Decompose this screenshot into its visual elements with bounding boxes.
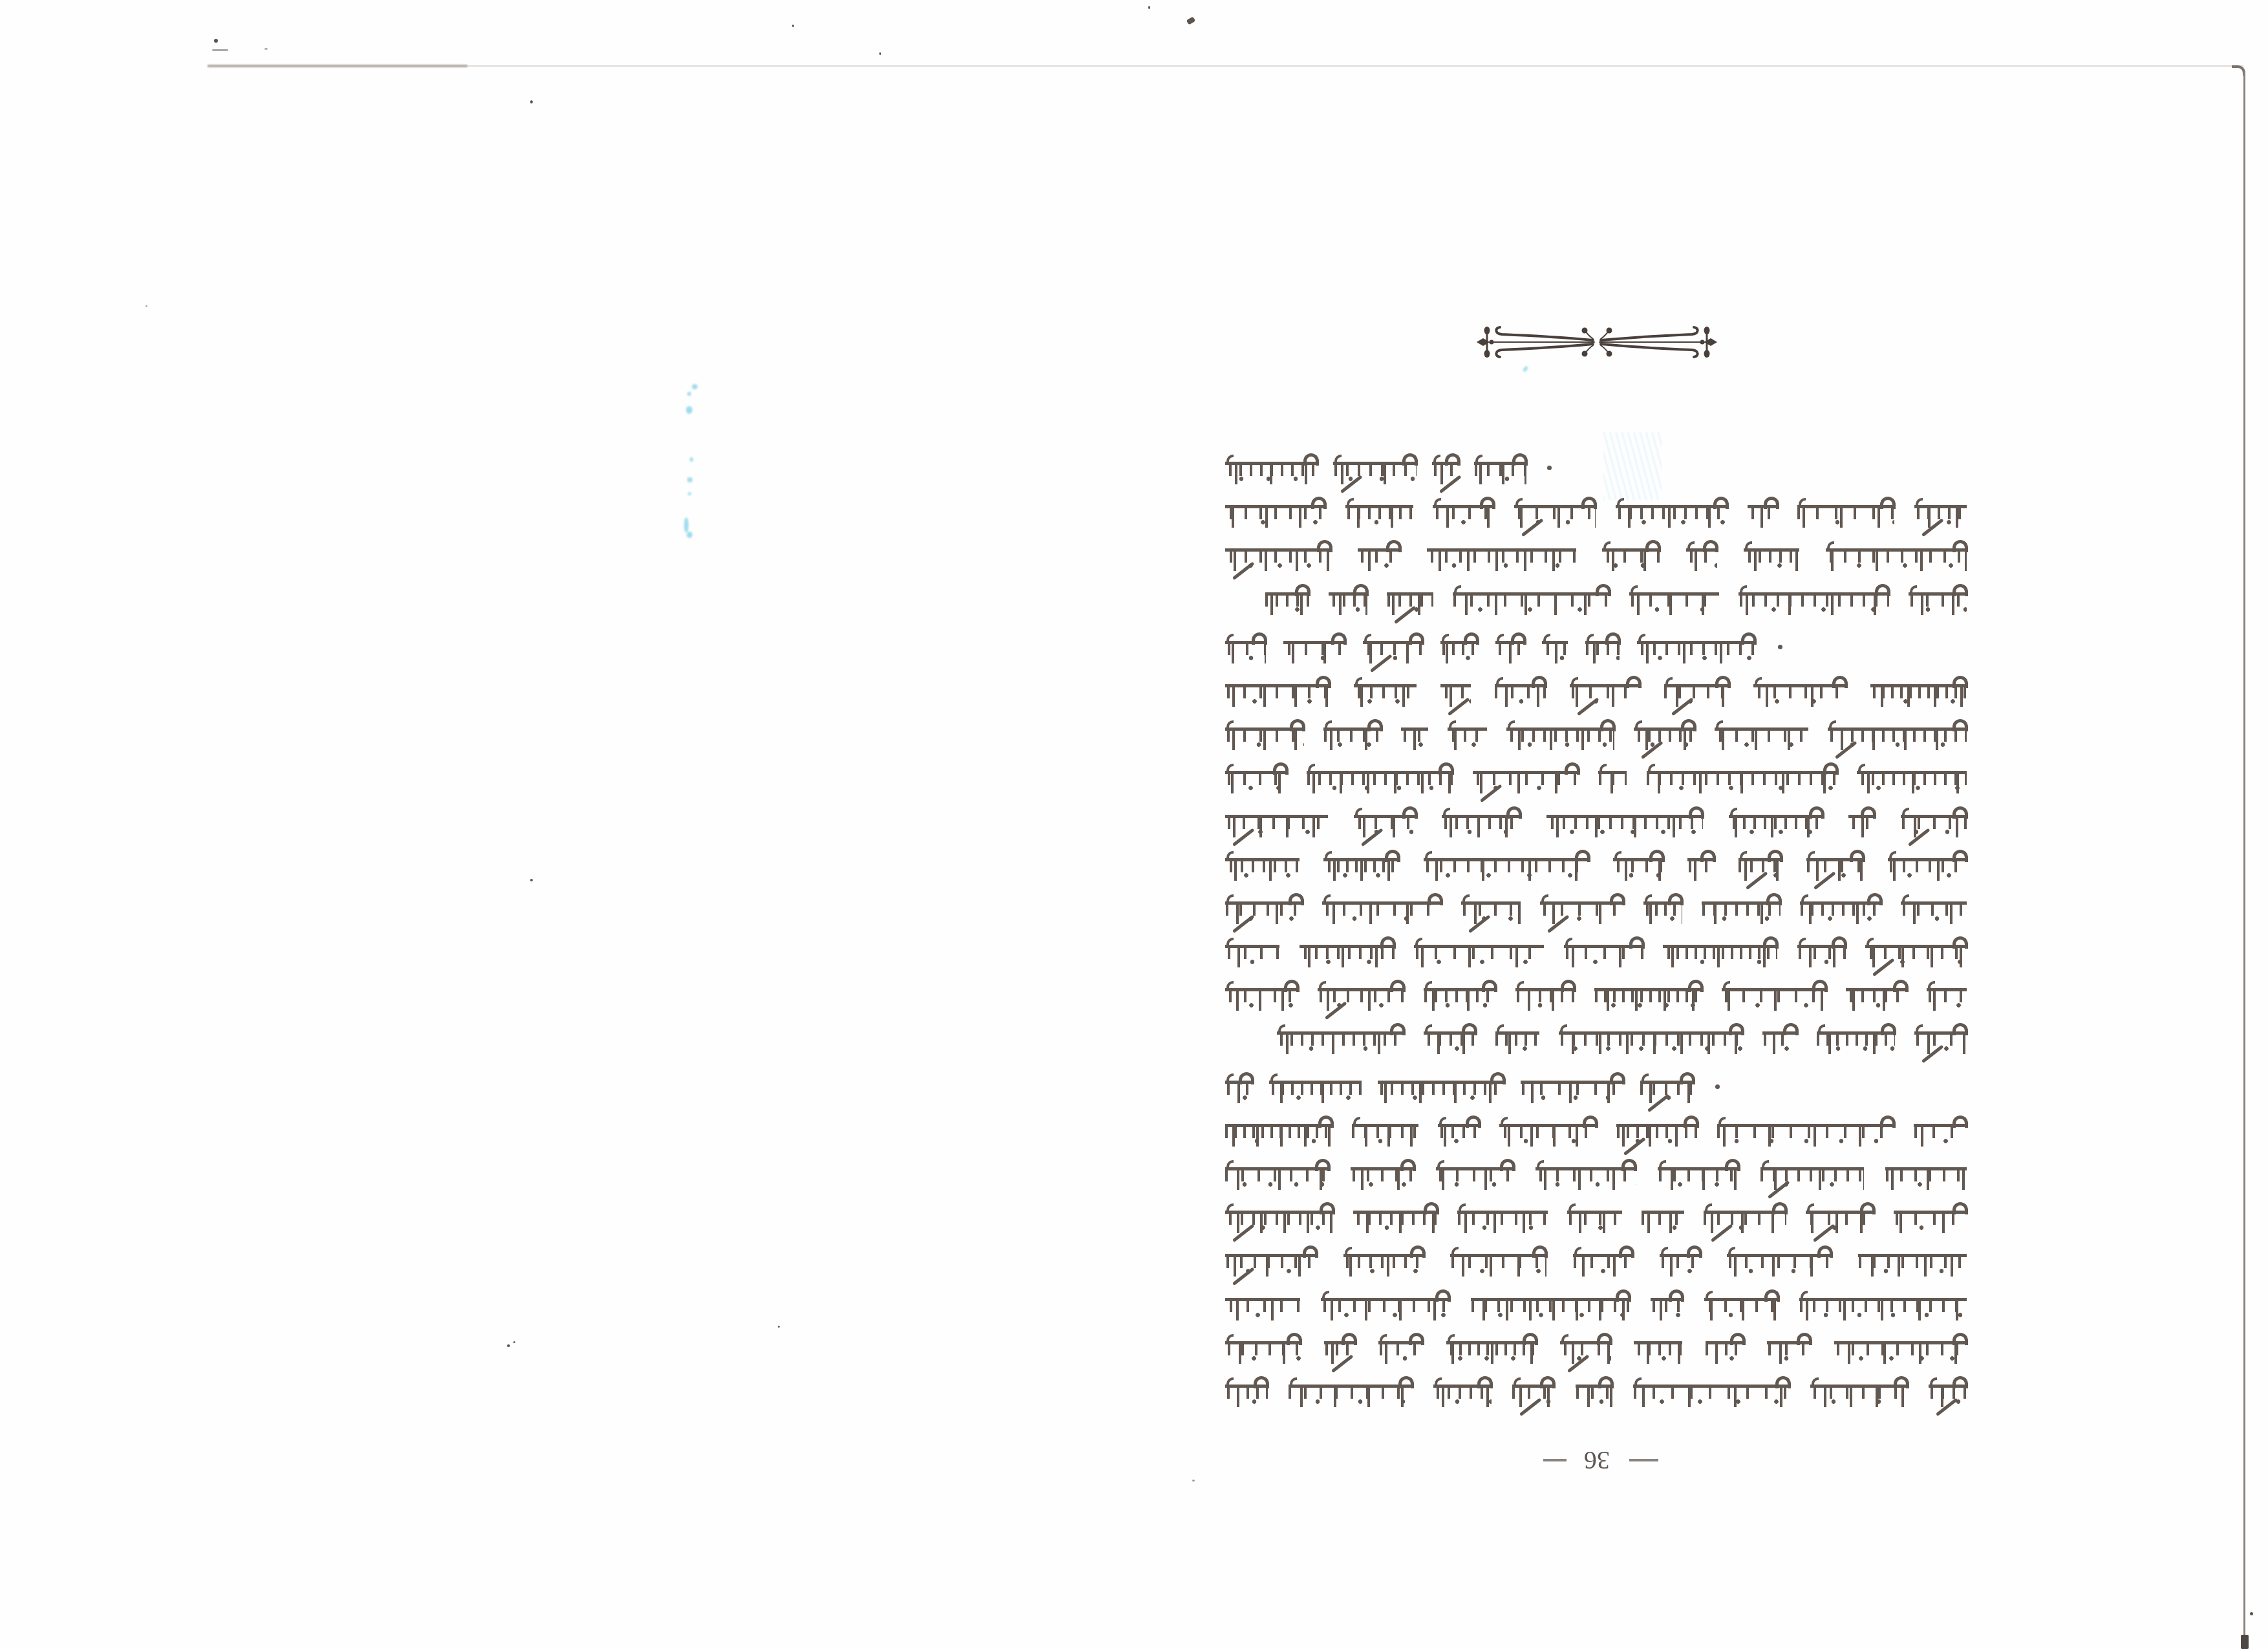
script-word: [1225, 1154, 1329, 1194]
script-word: [1495, 1018, 1539, 1059]
scan-edge-right: [2243, 71, 2245, 1649]
script-descender: [1746, 871, 1768, 890]
script-word: [1461, 889, 1521, 929]
script-word: [1894, 1198, 1967, 1238]
script-word: [1307, 758, 1453, 798]
script-word: [1570, 671, 1640, 711]
script-descender: [1872, 958, 1895, 977]
script-word: [1664, 671, 1729, 711]
ink-bleed-speck: [686, 406, 692, 414]
script-word: [1658, 1154, 1739, 1194]
script-word: [1300, 932, 1395, 972]
script-word: [1846, 975, 1907, 1015]
text-line: [1225, 628, 1782, 671]
script-word: [1427, 535, 1576, 576]
script-word: [1927, 975, 1967, 1015]
scan-edge-blot: [2241, 1635, 2249, 1649]
scan-speck: [1186, 17, 1195, 25]
script-word: [1323, 715, 1382, 755]
ink-bleed-speck: [688, 492, 691, 495]
script-word: [1651, 1285, 1683, 1325]
script-descender: [1768, 1181, 1790, 1200]
script-word: [1888, 845, 1967, 885]
script-descender: [1232, 914, 1255, 933]
script-word: [1440, 671, 1471, 711]
sentence-period: [1778, 645, 1782, 649]
text-line: [1225, 1372, 1967, 1415]
script-word: [1521, 1068, 1624, 1108]
script-descender: [1908, 828, 1931, 846]
script-descender: [1921, 1045, 1944, 1064]
script-word: [1225, 1198, 1334, 1238]
script-word: [1321, 1285, 1450, 1325]
script-word: [1594, 975, 1702, 1015]
script-word: [1225, 492, 1325, 532]
script-word: [1914, 492, 1967, 532]
script-descender: [1567, 1354, 1589, 1373]
script-descender: [1577, 697, 1599, 716]
script-word: [1225, 975, 1298, 1015]
script-word: [1834, 1328, 1967, 1368]
script-word: [1378, 1068, 1504, 1108]
script-word: [1432, 449, 1459, 489]
script-word: [1495, 671, 1546, 711]
scan-speck: [879, 52, 881, 55]
ink-bleed-speck: [687, 532, 692, 538]
script-word: [1363, 628, 1423, 668]
text-line: [1225, 671, 1967, 715]
script-word: [1433, 1372, 1492, 1412]
script-word: [1643, 889, 1682, 929]
text-line: [1225, 845, 1967, 889]
script-word: [1706, 1328, 1744, 1368]
script-word: [1225, 1241, 1317, 1281]
script-word: [1806, 845, 1864, 885]
script-word: [1870, 671, 1967, 711]
scan-speck: [778, 1326, 780, 1328]
text-line: [1225, 1154, 1967, 1198]
script-word: [1323, 845, 1399, 885]
script-word: [1343, 1241, 1424, 1281]
script-descender: [1468, 914, 1491, 933]
script-word: [1225, 535, 1331, 576]
script-word: [1424, 975, 1496, 1015]
script-word: [1598, 758, 1627, 798]
script-word: [1640, 1068, 1694, 1108]
script-word: [1225, 1111, 1332, 1151]
script-word: [1446, 1328, 1537, 1368]
script-word: [1225, 628, 1266, 668]
script-word: [1333, 449, 1417, 489]
script-descender: [1641, 741, 1664, 760]
text-line: [1225, 535, 1967, 579]
script-descender: [1331, 1354, 1354, 1373]
script-word: [1573, 1241, 1633, 1281]
script-word: [1858, 1241, 1967, 1281]
script-word: [1225, 449, 1318, 489]
script-word: [1440, 628, 1478, 668]
text-line: [1225, 492, 1967, 535]
script-word: [1729, 802, 1823, 842]
script-word: [1358, 535, 1400, 576]
scan-speck: [513, 1341, 515, 1343]
script-word: [1414, 932, 1544, 972]
script-word: [1585, 628, 1620, 668]
script-word: [1436, 1154, 1514, 1194]
script-word: [1800, 889, 1881, 929]
script-word: [1225, 715, 1304, 755]
script-word: [1225, 845, 1300, 885]
script-word: [1225, 889, 1303, 929]
script-word: [1535, 1154, 1636, 1194]
script-word: [1901, 889, 1967, 929]
text-line: [1225, 975, 1967, 1018]
script-word: [1471, 1285, 1630, 1325]
script-word: [1810, 1372, 1908, 1412]
script-word: [1767, 1328, 1811, 1368]
scan-speck: [530, 100, 533, 103]
script-word: [1826, 535, 1967, 576]
script-word: [1865, 932, 1967, 972]
text-line: [1225, 449, 1552, 492]
script-word: [1225, 758, 1287, 798]
script-word: [1474, 449, 1526, 489]
script-word: [1857, 758, 1967, 798]
script-word: [1564, 932, 1643, 972]
script-descender: [1813, 871, 1836, 890]
script-word: [1265, 579, 1309, 620]
script-word: [1457, 1198, 1548, 1238]
script-word: [1318, 975, 1404, 1015]
ink-bleed-speck: [684, 517, 689, 533]
script-word: [1901, 802, 1967, 842]
script-word: [1704, 1285, 1779, 1325]
script-descender: [1480, 784, 1503, 803]
script-word: [1225, 932, 1279, 972]
text-line: [1225, 1285, 1967, 1328]
script-word: [1567, 1198, 1622, 1238]
script-word: [1738, 845, 1782, 885]
script-word: [1378, 1328, 1423, 1368]
script-descender: [1521, 519, 1544, 537]
script-word: [1329, 579, 1367, 620]
script-word: [1647, 758, 1837, 798]
scan-speck: [792, 25, 794, 27]
script-descender: [1370, 654, 1393, 673]
script-word: [1542, 628, 1568, 668]
text-line: [1225, 932, 1967, 975]
script-word: [1629, 579, 1719, 620]
script-descender: [1232, 1224, 1255, 1243]
script-word: [1473, 758, 1579, 798]
script-word: [1269, 1068, 1362, 1108]
script-word: [1760, 1154, 1864, 1194]
ink-bleed-speck: [1523, 365, 1528, 372]
script-word: [1424, 1018, 1476, 1059]
scan-speck: [145, 305, 147, 307]
script-word: [1354, 802, 1417, 842]
text-line: [1225, 1111, 1967, 1154]
script-word: [1744, 535, 1799, 576]
script-word: [1450, 1241, 1546, 1281]
script-word: [1660, 1241, 1701, 1281]
text-line: [1225, 715, 1967, 758]
script-descender: [1361, 828, 1384, 846]
body-text: [1225, 449, 1967, 1415]
script-descender: [1340, 475, 1363, 494]
script-descender: [1623, 1137, 1646, 1156]
script-descender: [1232, 1267, 1255, 1286]
script-word: [1909, 579, 1967, 620]
script-word: [1885, 1154, 1967, 1194]
script-word: [1514, 492, 1596, 532]
script-word: [1634, 1328, 1682, 1368]
script-word: [1495, 628, 1525, 668]
sentence-period: [1547, 466, 1552, 470]
script-word: [1506, 715, 1614, 755]
script-word: [1616, 1111, 1698, 1151]
scan-speck: [1192, 1480, 1195, 1482]
script-word: [1613, 845, 1664, 885]
script-descender: [1813, 1224, 1835, 1243]
script-word: [1453, 579, 1610, 620]
script-word: [1848, 802, 1875, 842]
script-word: [1345, 492, 1413, 532]
script-word: [1704, 1198, 1786, 1238]
script-word: [1738, 579, 1889, 620]
page-number: 36: [1584, 1447, 1610, 1473]
script-word: [1799, 1285, 1967, 1325]
script-word: [1753, 671, 1846, 711]
text-line: [1225, 802, 1967, 845]
script-word: [1722, 975, 1826, 1015]
sentence-period: [1715, 1084, 1720, 1089]
text-line: [1277, 1018, 1967, 1062]
script-word: [1642, 1198, 1684, 1238]
text-line: [1225, 758, 1967, 801]
text-line: [1265, 579, 1967, 623]
script-word: [1225, 802, 1328, 842]
script-word: [1929, 1372, 1967, 1412]
script-descender: [1519, 1397, 1542, 1416]
script-word: [1633, 1372, 1790, 1412]
text-line: [1225, 1068, 1720, 1111]
script-word: [1438, 1111, 1480, 1151]
script-word: [1225, 1285, 1300, 1325]
script-word: [1717, 1111, 1894, 1151]
script-word: [1602, 535, 1660, 576]
script-word: [1401, 715, 1428, 755]
scan-speck: [214, 39, 218, 43]
script-descender: [1325, 1002, 1347, 1020]
script-word: [1442, 802, 1521, 842]
script-word: [1322, 889, 1442, 929]
script-word: [1817, 1018, 1895, 1059]
script-word: [1353, 1198, 1438, 1238]
page-footer: 36: [1543, 1446, 1658, 1474]
ink-bleed-speck: [692, 384, 698, 389]
script-descender: [1711, 1224, 1733, 1243]
script-word: [1727, 1241, 1832, 1281]
scan-speck: [530, 879, 533, 881]
script-word: [1424, 845, 1589, 885]
script-word: [1828, 715, 1967, 755]
script-word: [1637, 628, 1755, 668]
scan-speck: [212, 49, 228, 51]
script-word: [1352, 1111, 1418, 1151]
script-descender: [1448, 697, 1470, 716]
script-word: [1762, 1018, 1797, 1059]
script-descender: [1439, 475, 1461, 494]
script-word: [1448, 715, 1487, 755]
ornamental-divider-icon: [1468, 325, 1726, 359]
script-descender: [1671, 697, 1694, 716]
script-word: [1351, 1154, 1415, 1194]
script-descender: [1647, 1094, 1670, 1112]
script-word: [1354, 671, 1417, 711]
scan-speck: [507, 1344, 510, 1347]
script-word: [1687, 845, 1715, 885]
script-word: [1806, 1198, 1874, 1238]
script-word: [1499, 1111, 1597, 1151]
paragraph: [1225, 628, 1967, 1062]
script-word: [1540, 889, 1624, 929]
scan-edge-top-shadow: [208, 65, 467, 67]
script-word: [1634, 715, 1695, 755]
script-word: [1559, 1018, 1743, 1059]
scan-edge-top: [467, 65, 2243, 67]
script-descender: [1547, 914, 1570, 933]
text-line: [1225, 1241, 1967, 1284]
scan-speck: [264, 48, 268, 50]
script-word: [1616, 492, 1728, 532]
script-descender: [1921, 519, 1944, 537]
script-descender: [1232, 828, 1255, 846]
script-word: [1433, 492, 1494, 532]
page-number-dash-left: [1543, 1459, 1567, 1461]
script-descender: [1936, 1397, 1958, 1416]
script-word: [1283, 628, 1345, 668]
text-line: [1225, 1328, 1967, 1372]
scan-speck: [2250, 1612, 2253, 1615]
script-word: [1914, 1111, 1967, 1151]
script-word: [1225, 1372, 1268, 1412]
script-descender: [1394, 605, 1417, 624]
text-line: [1225, 1198, 1967, 1241]
script-word: [1225, 1328, 1301, 1368]
script-word: [1324, 1328, 1356, 1368]
ink-bleed-speck: [687, 392, 691, 396]
script-word: [1797, 492, 1894, 532]
script-word: [1914, 1018, 1967, 1059]
script-word: [1546, 802, 1703, 842]
script-word: [1277, 1018, 1404, 1059]
script-word: [1748, 492, 1778, 532]
paragraph: [1225, 449, 1967, 623]
script-word: [1702, 889, 1781, 929]
scan-speck: [1148, 6, 1150, 9]
paragraph: [1225, 1068, 1967, 1416]
script-word: [1686, 535, 1717, 576]
script-word: [1289, 1372, 1413, 1412]
script-descender: [1232, 562, 1255, 581]
script-word: [1576, 1372, 1612, 1412]
script-word: [1515, 975, 1575, 1015]
script-word: [1560, 1328, 1611, 1368]
page-number-dash-right: [1629, 1459, 1658, 1461]
script-word: [1225, 671, 1330, 711]
ink-bleed-speck: [690, 457, 693, 462]
script-word: [1512, 1372, 1554, 1412]
script-word: [1387, 579, 1433, 620]
text-line: [1225, 889, 1967, 932]
script-word: [1663, 932, 1777, 972]
script-word: [1715, 715, 1808, 755]
script-descender: [1835, 741, 1857, 760]
script-word: [1797, 932, 1846, 972]
script-word: [1225, 1068, 1253, 1108]
ink-bleed-speck: [687, 477, 692, 482]
